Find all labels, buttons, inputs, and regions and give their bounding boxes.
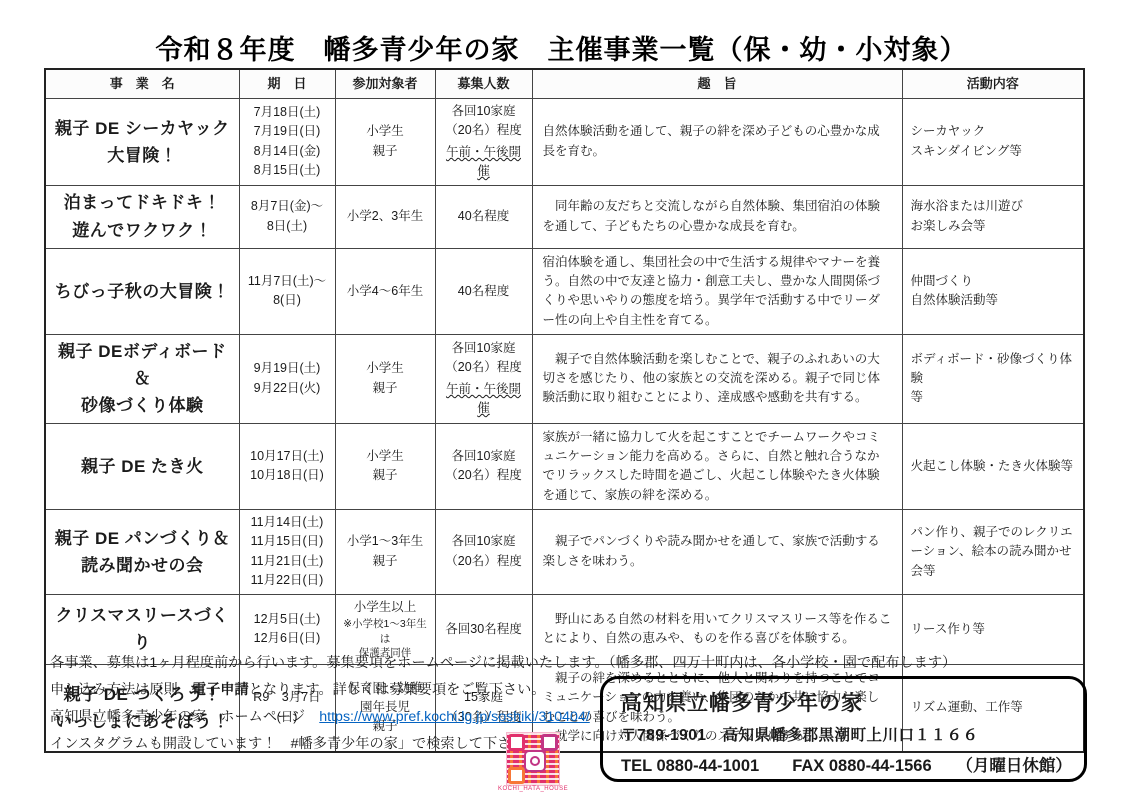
col-header-name: 事 業 名 — [45, 69, 239, 99]
event-purpose: 親子でパンづくりや読み聞かせを通して、家族で活動する楽しさを味わう。 — [532, 510, 902, 595]
event-date: 7月18日(土) 7月19日(日) 8月14日(金) 8月15日(土) — [239, 99, 335, 186]
event-purpose: 自然体験活動を通して、親子の絆を深め子どもの心豊かな成長を育む。 — [532, 99, 902, 186]
contact-box: 高知県立幡多青少年の家 〒789-1901 高知県幡多郡黒潮町上川口１１６６ T… — [600, 676, 1087, 782]
col-header-date: 期 日 — [239, 69, 335, 99]
event-name: 親子 DEボディボード＆ 砂像づくり体験 — [45, 335, 239, 424]
event-date: 10月17日(土) 10月18日(日) — [239, 423, 335, 510]
event-purpose: 同年齢の友だちと交流しながら自然体験、集団宿泊の体験を通して、子どもたちの心豊か… — [532, 185, 902, 248]
table-row: 親子 DE シーカヤック 大冒険！ 7月18日(土) 7月19日(日) 8月14… — [45, 99, 1084, 186]
instagram-qr-code — [506, 732, 560, 786]
facility-name: 高知県立幡多青少年の家 — [621, 687, 1066, 717]
event-purpose: 親子で自然体験活動を楽しむことで、親子のふれあいの大切さを感じたり、他の家族との… — [532, 335, 902, 424]
e-application-bold: 電子申請 — [192, 682, 249, 698]
qr-finder-icon — [541, 734, 558, 751]
event-activity: 仲間づくり 自然体験活動等 — [902, 248, 1084, 335]
homepage-link[interactable]: https://www.pref.kochi.lg.jp/soshiki/310… — [319, 709, 590, 725]
event-purpose: 家族が一緒に協力して火を起こすことでチームワークやコミュニケーション能力を高める… — [532, 423, 902, 510]
capacity-note: 午前・午後開催 — [442, 143, 526, 182]
event-activity: シーカヤック スキンダイビング等 — [902, 99, 1084, 186]
event-date: 9月19日(土) 9月22日(火) — [239, 335, 335, 424]
table-row: 泊まってドキドキ！ 遊んでワクワク！ 8月7日(金)～ 8日(土) 小学2、3年… — [45, 185, 1084, 248]
event-target: 小学1～3年生 親子 — [335, 510, 435, 595]
event-target: 小学生 親子 — [335, 423, 435, 510]
target-text: 小学生以上 — [354, 600, 417, 614]
qr-finder-icon — [508, 767, 525, 784]
event-date: 8月7日(金)～ 8日(土) — [239, 185, 335, 248]
event-target: 小学4～6年生 — [335, 248, 435, 335]
event-activity: 海水浴または川遊び お楽しみ会等 — [902, 185, 1084, 248]
col-header-purpose: 趣 旨 — [532, 69, 902, 99]
qr-caption: KOCHI_HATA_HOUSE — [498, 786, 568, 792]
facility-tel-fax: TEL 0880-44-1001 FAX 0880-44-1566 （月曜日休館… — [621, 752, 1066, 776]
event-date: 11月7日(土)～ 8(日) — [239, 248, 335, 335]
event-target: 小学生 親子 — [335, 335, 435, 424]
event-name: ちびっ子秋の大冒険！ — [45, 248, 239, 335]
capacity-text: 各回10家庭 （20名）程度 — [445, 341, 521, 374]
instagram-icon — [524, 750, 546, 772]
table-row: ちびっ子秋の大冒険！ 11月7日(土)～ 8(日) 小学4～6年生 40名程度 … — [45, 248, 1084, 335]
footnote-recruiting: 各事業、募集は1ヶ月程度前から行います。募集要項をホームページに掲載いたします。… — [50, 650, 1090, 677]
page-title: 令和８年度 幡多青少年の家 主催事業一覧（保・幼・小対象） — [0, 28, 1123, 67]
event-purpose: 宿泊体験を通し、集団社会の中で生活する規律やマナーを養う。自然の中で友達と協力・… — [532, 248, 902, 335]
homepage-label: 高知県立幡多青少年の家 ホームページ — [50, 709, 319, 725]
capacity-text: 各回10家庭 （20名）程度 — [445, 104, 521, 137]
qr-finder-icon — [508, 734, 525, 751]
capacity-note: 午前・午後開催 — [442, 380, 526, 419]
col-header-activity: 活動内容 — [902, 69, 1084, 99]
event-target: 小学生 親子 — [335, 99, 435, 186]
footnote-application-suffix: となります。詳しくは募集要項をご覧下さい。 — [249, 682, 546, 698]
footnote-application-prefix: 申し込み方法は原則、 — [50, 682, 192, 698]
event-capacity: 各回10家庭 （20名）程度 — [435, 510, 532, 595]
col-header-target: 参加対象者 — [335, 69, 435, 99]
event-capacity: 各回10家庭 （20名）程度午前・午後開催 — [435, 99, 532, 186]
facility-address: 〒789-1901 高知県幡多郡黒潮町上川口１１６６ — [621, 723, 1066, 745]
event-capacity: 各回10家庭 （20名）程度午前・午後開催 — [435, 335, 532, 424]
table-row: 親子 DE たき火 10月17日(土) 10月18日(日) 小学生 親子 各回1… — [45, 423, 1084, 510]
table-row: 親子 DE パンづくり＆ 読み聞かせの会 11月14日(土) 11月15日(日)… — [45, 510, 1084, 595]
event-name: 泊まってドキドキ！ 遊んでワクワク！ — [45, 185, 239, 248]
event-target: 小学2、3年生 — [335, 185, 435, 248]
event-date: 11月14日(土) 11月15日(日) 11月21日(土) 11月22日(日) — [239, 510, 335, 595]
event-name: 親子 DE パンづくり＆ 読み聞かせの会 — [45, 510, 239, 595]
event-capacity: 40名程度 — [435, 185, 532, 248]
event-activity: 火起こし体験・たき火体験等 — [902, 423, 1084, 510]
col-header-capacity: 募集人数 — [435, 69, 532, 99]
footnote-application: 申し込み方法は原則、電子申請となります。詳しくは募集要項をご覧下さい。 — [50, 677, 610, 704]
footnote-homepage: 高知県立幡多青少年の家 ホームページ https://www.pref.koch… — [50, 704, 610, 731]
event-activity: ボディボード・砂像づくり体験 等 — [902, 335, 1084, 424]
event-activity: パン作り、親子でのレクリエーション、絵本の読み聞かせ会等 — [902, 510, 1084, 595]
event-capacity: 各回10家庭 （20名）程度 — [435, 423, 532, 510]
event-name: 親子 DE たき火 — [45, 423, 239, 510]
page: 令和８年度 幡多青少年の家 主催事業一覧（保・幼・小対象） 事 業 名 期 日 … — [0, 0, 1123, 794]
header-row: 事 業 名 期 日 参加対象者 募集人数 趣 旨 活動内容 — [45, 69, 1084, 99]
event-name: 親子 DE シーカヤック 大冒険！ — [45, 99, 239, 186]
event-capacity: 40名程度 — [435, 248, 532, 335]
table-row: 親子 DEボディボード＆ 砂像づくり体験 9月19日(土) 9月22日(火) 小… — [45, 335, 1084, 424]
